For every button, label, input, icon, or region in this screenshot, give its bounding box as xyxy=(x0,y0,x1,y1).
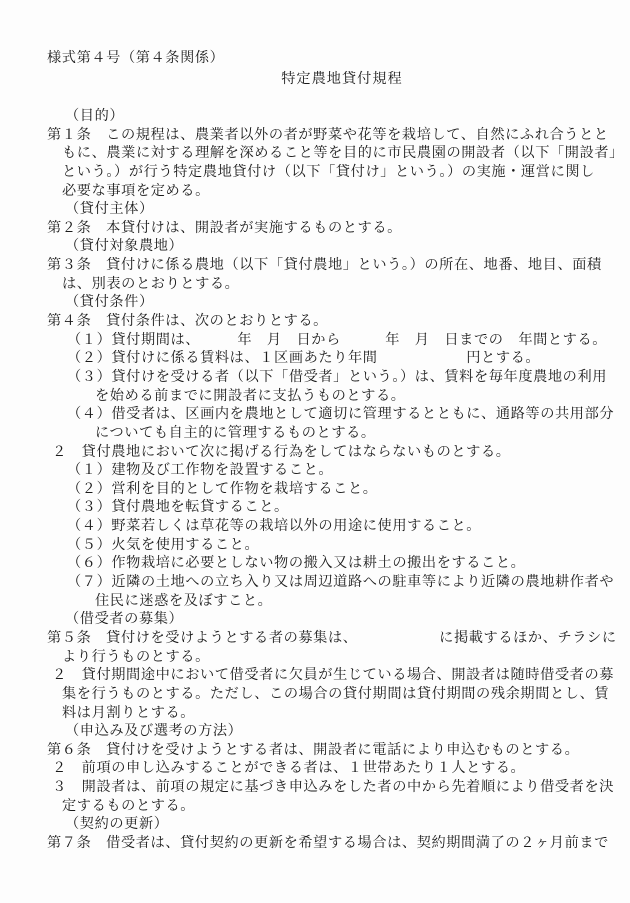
article-line: ２ 前項の申し込みすることができる者は、１世帯あたり１人とする。 xyxy=(47,759,617,778)
continuation-line: は、別表のとおりとする。 xyxy=(47,275,617,294)
section-heading: （借受者の募集） xyxy=(47,610,617,629)
article-line: 第５条 貸付けを受けようとする者の募集は、 に掲載するほか、チラシに xyxy=(47,629,617,648)
continuation-line: という。）が行う特定農地貸付け（以下「貸付け」という。）の実施・運営に関し xyxy=(47,163,617,182)
list-item: （６）作物栽培に必要としない物の搬入又は耕土の搬出をすること。 xyxy=(47,554,617,573)
list-item: （１）貸付期間は、 年 月 日から 年 月 日までの 年間とする。 xyxy=(47,331,617,350)
list-item: （３）貸付農地を転貸すること。 xyxy=(47,498,617,517)
document-title: 特定農地貸付規程 xyxy=(47,68,617,90)
section-heading: （貸付主体） xyxy=(47,200,617,219)
document-body: （目的）第１条 この規程は、農業者以外の者が野菜や花等を栽培して、自然にふれ合う… xyxy=(47,107,617,853)
list-item: （３）貸付けを受ける者（以下「借受者」という。）は、賃料を毎年度農地の利用 xyxy=(47,368,617,387)
spacer xyxy=(47,90,617,107)
document-page: 様式第４号（第４条関係） 特定農地貸付規程 （目的）第１条 この規程は、農業者以… xyxy=(47,48,617,853)
section-heading: （貸付対象農地） xyxy=(47,237,617,256)
article-line: ３ 開設者は、前項の規定に基づき申込みをした者の中から先着順により借受者を決 xyxy=(47,778,617,797)
list-item: （７）近隣の土地への立ち入り又は周辺道路への駐車等により近隣の農地耕作者や xyxy=(47,573,617,592)
article-line: 第６条 貸付けを受けようとする者は、開設者に電話により申込むものとする。 xyxy=(47,741,617,760)
continuation-line: もに、農業に対する理解を深めること等を目的に市民農園の開設者（以下「開設者」 xyxy=(47,144,617,163)
article-line: 第４条 貸付条件は、次のとおりとする。 xyxy=(47,312,617,331)
article-line: ２ 貸付期間途中において借受者に欠員が生じている場合、開設者は随時借受者の募 xyxy=(47,666,617,685)
section-heading: （契約の更新） xyxy=(47,815,617,834)
list-item: （５）火気を使用すること。 xyxy=(47,536,617,555)
section-heading: （目的） xyxy=(47,107,617,126)
form-number: 様式第４号（第４条関係） xyxy=(47,48,617,68)
section-heading: （貸付条件） xyxy=(47,293,617,312)
list-item: （２）貸付けに係る賃料は、１区画あたり年間 円とする。 xyxy=(47,349,617,368)
section-heading: （申込み及び選考の方法） xyxy=(47,722,617,741)
continuation-line: 必要な事項を定める。 xyxy=(47,182,617,201)
list-item-continuation: についても自主的に管理するものとする。 xyxy=(47,424,617,443)
article-line: 第１条 この規程は、農業者以外の者が野菜や花等を栽培して、自然にふれ合うとと xyxy=(47,126,617,145)
list-item-continuation: を始める前までに開設者に支払うものとする。 xyxy=(47,387,617,406)
list-item-continuation: 住民に迷惑を及ぼすこと。 xyxy=(47,592,617,611)
article-line: 第３条 貸付けに係る農地（以下「貸付農地」という。）の所在、地番、地目、面積 xyxy=(47,256,617,275)
article-line: ２ 貸付農地において次に掲げる行為をしてはならないものとする。 xyxy=(47,443,617,462)
article-line: 第２条 本貸付けは、開設者が実施するものとする。 xyxy=(47,219,617,238)
article-line: 第７条 借受者は、貸付契約の更新を希望する場合は、契約期間満了の２ヶ月前まで xyxy=(47,834,617,853)
continuation-line: 定するものとする。 xyxy=(47,797,617,816)
list-item: （４）借受者は、区画内を農地として適切に管理するとともに、通路等の共用部分 xyxy=(47,405,617,424)
list-item: （１）建物及び工作物を設置すること。 xyxy=(47,461,617,480)
continuation-line: より行うものとする。 xyxy=(47,648,617,667)
list-item: （２）営利を目的として作物を栽培すること。 xyxy=(47,480,617,499)
continuation-line: 料は月割りとする。 xyxy=(47,704,617,723)
continuation-line: 集を行うものとする。ただし、この場合の貸付期間は貸付期間の残余期間とし、賃 xyxy=(47,685,617,704)
list-item: （４）野菜若しくは草花等の栽培以外の用途に使用すること。 xyxy=(47,517,617,536)
